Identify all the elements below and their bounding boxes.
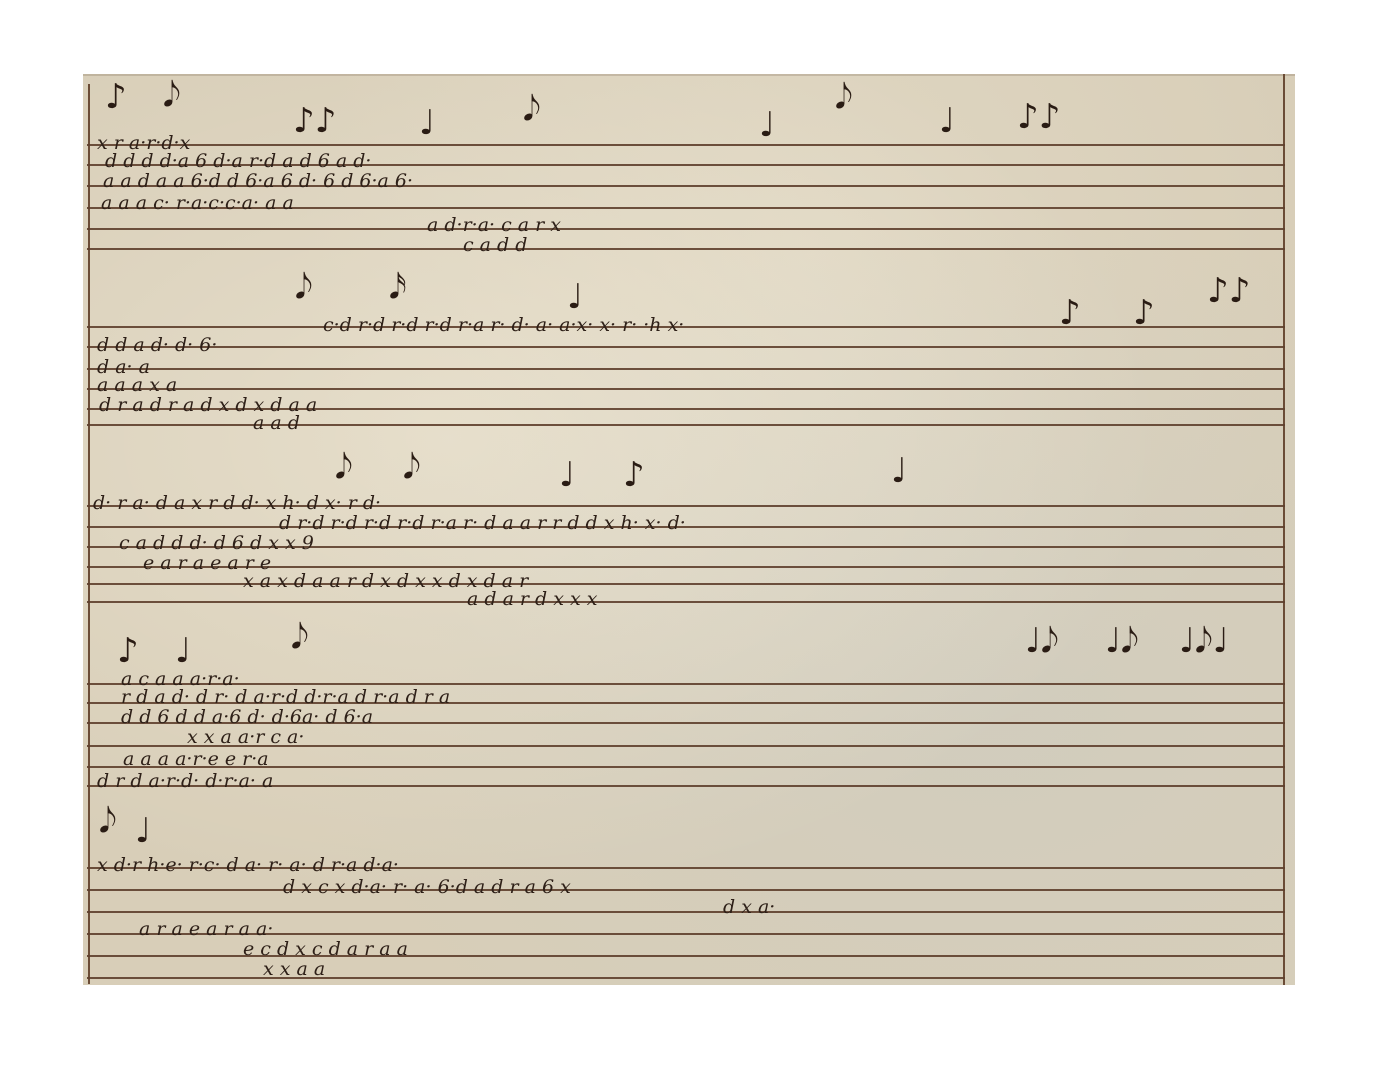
- rhythm-flags-4c: 𝅘𝅥𝅮: [291, 620, 309, 654]
- rhythm-flags-2f: ♪♪: [1207, 274, 1250, 308]
- tab-row-4-2: r d a d· d r· d a·r·d d·r·a d r·a d r a: [121, 688, 450, 707]
- rhythm-flags-1h: ♩: [939, 104, 955, 138]
- rhythm-flags-2c: ♩: [567, 280, 583, 314]
- tab-row-2-2: d d a d· d· 6·: [97, 336, 217, 355]
- tab-row-1-3: a a d a a 6·d d 6·a 6 d· 6 d 6·a 6·: [103, 172, 413, 191]
- rhythm-flags-4f: ♩𝅘𝅥𝅮♩: [1179, 624, 1229, 658]
- rhythm-flags-1e: 𝅘𝅥𝅮: [523, 92, 541, 126]
- rhythm-flags-4d: ♩𝅘𝅥𝅮: [1025, 624, 1059, 658]
- tab-row-3-3: c a d d d· d 6 d x x 9: [119, 534, 314, 553]
- rhythm-flags-2e: ♪: [1133, 296, 1155, 330]
- tab-row-4-6: d r d a·r·d· d·r·a· a: [97, 772, 273, 791]
- tab-row-5-2: d x c x d·a· r· a· 6·d a d r a 6 x: [283, 878, 571, 897]
- rhythm-flags-4e: ♩𝅘𝅥𝅮: [1105, 624, 1139, 658]
- tab-row-3-1: d· r a· d a x r d d· x h· d x· r d·: [93, 494, 381, 513]
- rhythm-flags-1c: ♪♪: [293, 104, 336, 138]
- tab-row-1-5: a d·r·a· c a r x: [427, 216, 561, 235]
- tab-row-3-6: a d a r d x x x: [467, 590, 598, 609]
- rhythm-flags-3c: ♩: [559, 458, 575, 492]
- left-margin-rule: [88, 84, 90, 984]
- rhythm-flags-3a: 𝅘𝅥𝅮: [335, 450, 353, 484]
- rhythm-flags-5a: 𝅘𝅥𝅮: [99, 804, 117, 838]
- rhythm-flags-1b: 𝅘𝅥𝅮: [163, 78, 181, 112]
- tab-row-4-5: a a a a·r·e e r·a: [123, 750, 269, 769]
- tab-row-4-4: x x a a·r c a·: [187, 728, 304, 747]
- tab-row-4-3: d d 6 d d a·6 d· d·6a· d 6·a: [121, 708, 373, 727]
- tab-row-5-4: a r a e a r a a·: [139, 920, 273, 939]
- tab-row-1-4: a a a c· r·a·c·c·a· a a: [101, 194, 294, 213]
- rhythm-flags-1f: ♩: [759, 108, 775, 142]
- manuscript-page: ♪ 𝅘𝅥𝅮 ♪♪ ♩ 𝅘𝅥𝅮 ♩ 𝅘𝅥𝅮 ♩ ♪♪ x r a·r·d·x d …: [83, 74, 1295, 985]
- tab-row-5-3: d x a·: [723, 898, 775, 917]
- rhythm-flags-4b: ♩: [175, 634, 191, 668]
- rhythm-flags-3d: ♪: [623, 458, 645, 492]
- rhythm-flags-1d: ♩: [419, 106, 435, 140]
- rhythm-flags-2d: ♪: [1059, 296, 1081, 330]
- rhythm-flags-3b: 𝅘𝅥𝅮: [403, 450, 421, 484]
- tab-row-2-4: a a a x a: [97, 376, 177, 395]
- rhythm-flags-2a: 𝅘𝅥𝅮: [295, 270, 313, 304]
- tab-row-2-1: c·d r·d r·d r·d r·a r· d· a· a·x· x· r· …: [323, 316, 684, 335]
- rhythm-flags-1g: 𝅘𝅥𝅮: [835, 80, 853, 114]
- rhythm-flags-4a: ♪: [117, 634, 139, 668]
- tab-row-1-6: c a d d: [463, 236, 527, 255]
- tab-row-3-2: d r·d r·d r·d r·d r·a r· d a a r r d d x…: [279, 514, 686, 533]
- tab-row-5-1: x d·r h·e· r·c· d a· r· a· d r·a d·a·: [97, 856, 399, 875]
- tab-row-1-2: d d d d·a 6 d·a r·d a d 6 a d·: [105, 152, 371, 171]
- rhythm-flags-1a: ♪: [105, 80, 127, 114]
- rhythm-flags-3e: ♩: [891, 454, 907, 488]
- rhythm-flags-2b: 𝅘𝅥𝅯: [389, 270, 407, 304]
- tab-row-5-6: x x a a: [263, 960, 325, 979]
- rhythm-flags-1i: ♪♪: [1017, 100, 1060, 134]
- right-margin-rule: [1283, 74, 1285, 985]
- tab-row-2-6: a a d: [253, 414, 300, 433]
- tab-row-5-5: e c d x c d a r a a: [243, 940, 408, 959]
- rhythm-flags-5b: ♩: [135, 814, 151, 848]
